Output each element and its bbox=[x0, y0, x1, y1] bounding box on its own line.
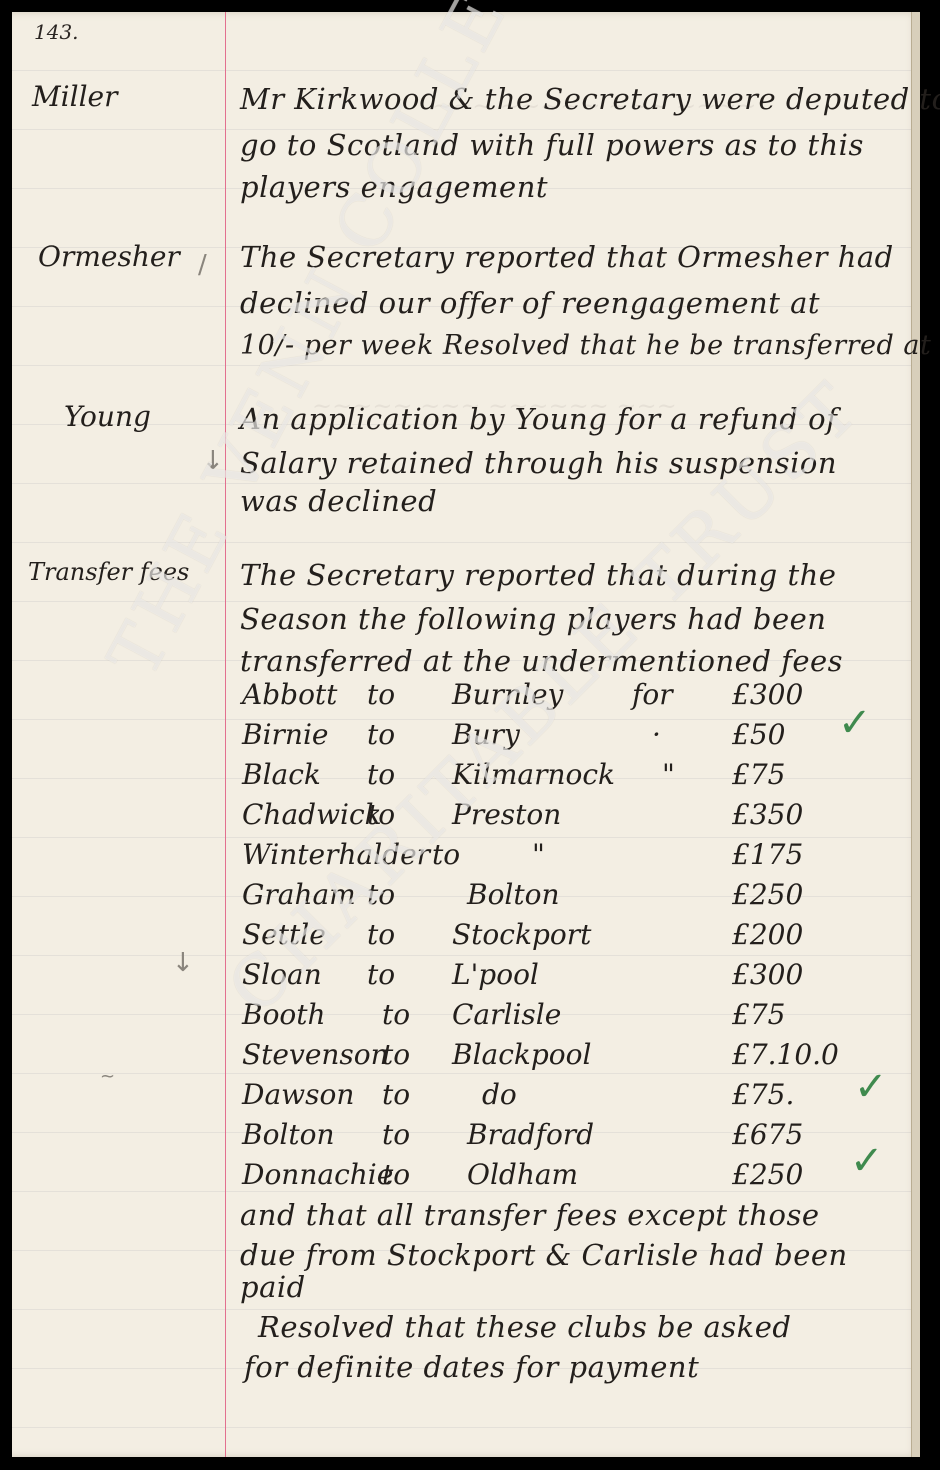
player-name: Chadwick bbox=[242, 798, 382, 831]
player-name: Bolton bbox=[242, 1118, 335, 1151]
entry-line: The Secretary reported that during the bbox=[240, 558, 836, 592]
entry-line: The Secretary reported that Ormesher had bbox=[240, 240, 894, 274]
player-name: Graham bbox=[242, 878, 356, 911]
green-tick-icon: ✓ bbox=[850, 1138, 884, 1184]
entry-line: Resolved that these clubs be asked bbox=[258, 1310, 791, 1344]
transfer-fee: £175 bbox=[732, 838, 803, 871]
transfer-row: Bolton to Bradford £675 bbox=[242, 1118, 882, 1158]
club-name: Stockport bbox=[452, 918, 591, 951]
club-name: Bolton bbox=[467, 878, 560, 911]
entry-line: players engagement bbox=[240, 170, 548, 204]
transfer-fee: £75. bbox=[732, 1078, 794, 1111]
transfer-row: Abbott to Burnley for £300 bbox=[242, 678, 882, 718]
transfer-fee: £200 bbox=[732, 918, 803, 951]
margin-label-ormesher: Ormesher bbox=[38, 240, 180, 273]
transfer-fee: £75 bbox=[732, 998, 785, 1031]
transfer-fee: £7.10.0 bbox=[732, 1038, 839, 1071]
page-number: 143. bbox=[34, 20, 79, 44]
ledger-page: ~~~ ~~~~~ ~~~ ~~~~ ~~~~~ ~~~ ~~~~~~ ~~~ … bbox=[12, 12, 920, 1457]
transfer-fee: £250 bbox=[732, 1158, 803, 1191]
transfer-fee: £300 bbox=[732, 958, 803, 991]
entry-line: An application by Young for a refund of bbox=[240, 402, 837, 436]
margin-label-young: Young bbox=[64, 400, 151, 433]
transfer-fee: £250 bbox=[732, 878, 803, 911]
entry-line: was declined bbox=[240, 484, 437, 518]
to-word: to bbox=[382, 1078, 410, 1111]
to-word: to bbox=[367, 878, 395, 911]
transfer-row: Donnachie to Oldham £250 bbox=[242, 1158, 882, 1198]
club-name: Oldham bbox=[467, 1158, 578, 1191]
to-word: to bbox=[367, 718, 395, 751]
to-word: to bbox=[382, 1038, 410, 1071]
entry-line: declined our offer of reengagement at bbox=[240, 286, 820, 320]
transfer-fee: £75 bbox=[732, 758, 785, 791]
club-name: Carlisle bbox=[452, 998, 561, 1031]
player-name: Booth bbox=[242, 998, 326, 1031]
entry-line: and that all transfer fees except those bbox=[240, 1198, 820, 1232]
player-name: Settle bbox=[242, 918, 326, 951]
green-tick-icon: ✓ bbox=[854, 1064, 888, 1110]
to-word: to bbox=[367, 758, 395, 791]
to-word: to bbox=[382, 1118, 410, 1151]
player-name: Birnie bbox=[242, 718, 328, 751]
ditto-mark: " bbox=[532, 838, 545, 871]
player-name: Abbott bbox=[242, 678, 337, 711]
player-name: Black bbox=[242, 758, 321, 791]
transfer-row: Winterhalder to " £175 bbox=[242, 838, 882, 878]
entry-line: transferred at the undermentioned fees bbox=[240, 644, 843, 678]
club-name: Burnley bbox=[452, 678, 563, 711]
ditto-mark: · bbox=[652, 718, 661, 751]
entry-line: for definite dates for payment bbox=[244, 1350, 699, 1384]
pencil-mark: / bbox=[198, 250, 207, 280]
margin-label-transfer-fees: Transfer fees bbox=[28, 558, 189, 586]
pencil-mark: ↓ bbox=[202, 446, 224, 476]
to-word: to bbox=[367, 918, 395, 951]
club-name: Bradford bbox=[467, 1118, 594, 1151]
transfer-fee: £50 bbox=[732, 718, 785, 751]
player-name: Sloan bbox=[242, 958, 322, 991]
club-name: Blackpool bbox=[452, 1038, 591, 1071]
entry-line: Season the following players had been bbox=[240, 602, 826, 636]
pencil-mark: ↓ bbox=[172, 948, 194, 978]
transfer-fee: £675 bbox=[732, 1118, 803, 1151]
entry-line: Mr Kirkwood & the Secretary were deputed… bbox=[240, 82, 940, 116]
to-word: to bbox=[432, 838, 460, 871]
player-name: Dawson bbox=[242, 1078, 354, 1111]
for-word: for bbox=[632, 678, 673, 711]
to-word: to bbox=[382, 998, 410, 1031]
margin-rule bbox=[225, 12, 226, 1457]
transfer-row: Black to Kilmarnock " £75 bbox=[242, 758, 882, 798]
player-name: Stevenson bbox=[242, 1038, 389, 1071]
transfer-row: Graham to Bolton £250 bbox=[242, 878, 882, 918]
entry-line: go to Scotland with full powers as to th… bbox=[240, 128, 864, 162]
transfer-row: Stevenson to Blackpool £7.10.0 bbox=[242, 1038, 882, 1078]
to-word: to bbox=[367, 678, 395, 711]
ditto-mark: do bbox=[482, 1078, 517, 1111]
page-edge bbox=[911, 12, 920, 1457]
margin-label-miller: Miller bbox=[32, 80, 118, 113]
transfer-row: Chadwick to Preston £350 bbox=[242, 798, 882, 838]
club-name: Bury bbox=[452, 718, 520, 751]
to-word: to bbox=[367, 958, 395, 991]
transfer-row: Booth to Carlisle £75 bbox=[242, 998, 882, 1038]
transfer-row: Dawson to do £75. bbox=[242, 1078, 882, 1118]
transfer-row: Birnie to Bury · £50 bbox=[242, 718, 882, 758]
entry-line: Salary retained through his suspension bbox=[240, 446, 837, 480]
player-name: Donnachie bbox=[242, 1158, 393, 1191]
transfer-row: Settle to Stockport £200 bbox=[242, 918, 882, 958]
club-name: L'pool bbox=[452, 958, 539, 991]
transfer-fee: £350 bbox=[732, 798, 803, 831]
ditto-mark: " bbox=[662, 758, 675, 791]
to-word: to bbox=[367, 798, 395, 831]
entry-line: due from Stockport & Carlisle had been bbox=[240, 1238, 848, 1272]
club-name: Preston bbox=[452, 798, 561, 831]
player-name: Winterhalder bbox=[242, 838, 430, 871]
entry-line: 10/- per week Resolved that he be transf… bbox=[240, 330, 940, 361]
entry-line: paid bbox=[240, 1270, 306, 1304]
transfer-row: Sloan to L'pool £300 bbox=[242, 958, 882, 998]
club-name: Kilmarnock bbox=[452, 758, 615, 791]
to-word: to bbox=[382, 1158, 410, 1191]
pencil-mark: ~ bbox=[100, 1066, 115, 1087]
transfer-fee: £300 bbox=[732, 678, 803, 711]
